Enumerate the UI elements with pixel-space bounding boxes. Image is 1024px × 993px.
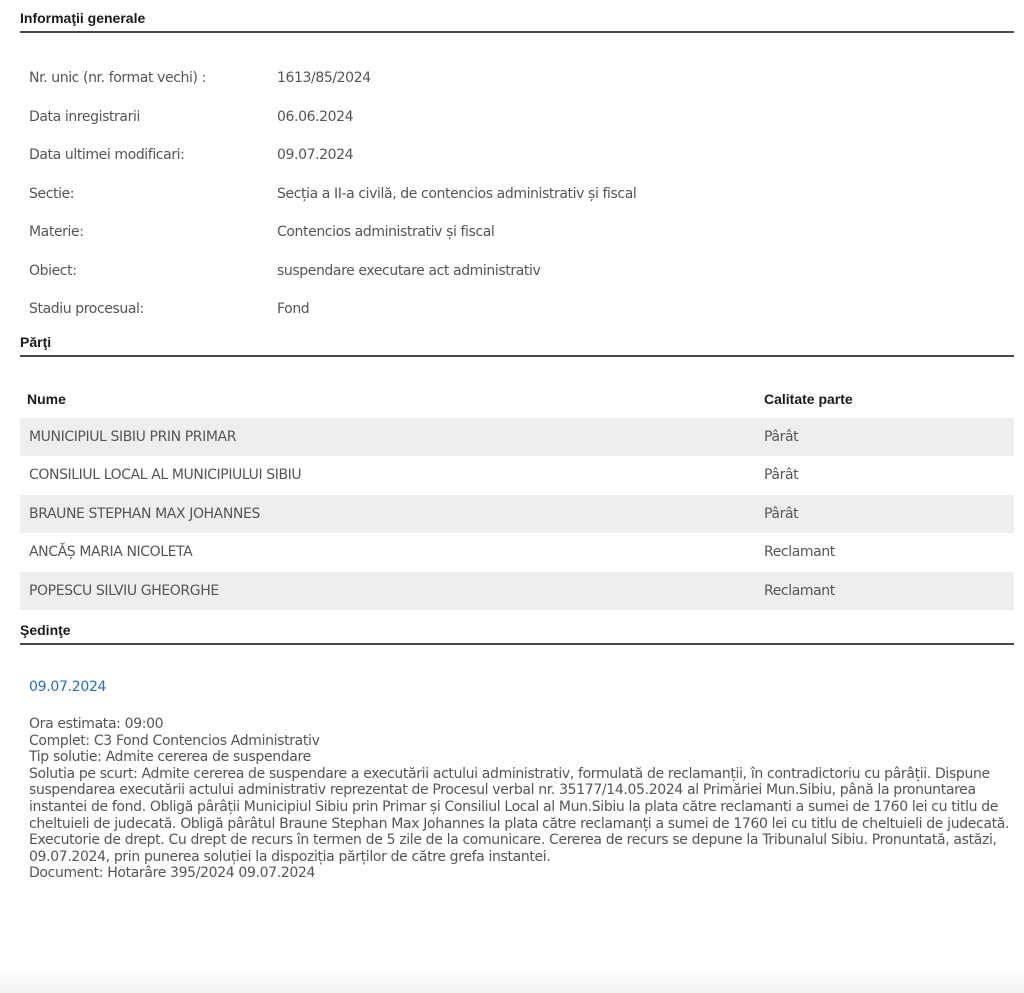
hearings-section: Şedinţe 09.07.2024 Ora estimata: 09:00 C… bbox=[20, 622, 1014, 882]
table-row: MUNICIPIUL SIBIU PRIN PRIMAR Pârât bbox=[20, 418, 1014, 457]
info-row-sectie: Sectie: Secția a II-a civilă, de contenc… bbox=[20, 175, 636, 214]
table-row: POPESCU SILVIU GHEORGHE Reclamant bbox=[20, 572, 1014, 611]
general-info-section: Informaţii generale Nr. unic (nr. format… bbox=[20, 0, 1014, 329]
info-label: Sectie: bbox=[20, 175, 277, 214]
info-row-data-inregistrarii: Data inregistrarii 06.06.2024 bbox=[20, 98, 636, 137]
parties-heading: Părţi bbox=[20, 334, 1014, 357]
party-name: BRAUNE STEPHAN MAX JOHANNES bbox=[20, 495, 756, 534]
party-name: MUNICIPIUL SIBIU PRIN PRIMAR bbox=[20, 418, 756, 457]
party-name: CONSILIUL LOCAL AL MUNICIPIULUI SIBIU bbox=[20, 456, 756, 495]
general-info-table: Nr. unic (nr. format vechi) : 1613/85/20… bbox=[20, 59, 636, 329]
info-label: Obiect: bbox=[20, 252, 277, 291]
parties-table-header: Nume Calitate parte bbox=[20, 380, 1014, 418]
table-row: ANCĂȘ MARIA NICOLETA Reclamant bbox=[20, 533, 1014, 572]
hearing-details: Ora estimata: 09:00 Complet: C3 Fond Con… bbox=[29, 716, 1019, 882]
party-role: Reclamant bbox=[756, 533, 1014, 572]
info-value: Secția a II-a civilă, de contencios admi… bbox=[277, 175, 636, 214]
hearings-heading: Şedinţe bbox=[20, 622, 1014, 645]
info-label: Data ultimei modificari: bbox=[20, 136, 277, 175]
info-label: Data inregistrarii bbox=[20, 98, 277, 137]
hearing-solution-summary: Solutia pe scurt: Admite cererea de susp… bbox=[29, 766, 1019, 866]
info-row-nr-unic: Nr. unic (nr. format vechi) : 1613/85/20… bbox=[20, 59, 636, 98]
info-label: Stadiu procesual: bbox=[20, 290, 277, 329]
info-value: 06.06.2024 bbox=[277, 98, 636, 137]
column-header-name: Nume bbox=[20, 380, 756, 418]
info-row-data-ultimei-modificari: Data ultimei modificari: 09.07.2024 bbox=[20, 136, 636, 175]
hearing-item: 09.07.2024 Ora estimata: 09:00 Complet: … bbox=[20, 679, 1014, 882]
parties-table: Nume Calitate parte MUNICIPIUL SIBIU PRI… bbox=[20, 380, 1014, 611]
info-value: Contencios administrativ și fiscal bbox=[277, 213, 636, 252]
party-name: POPESCU SILVIU GHEORGHE bbox=[20, 572, 756, 611]
hearing-date-link[interactable]: 09.07.2024 bbox=[29, 679, 1014, 695]
info-value: 1613/85/2024 bbox=[277, 59, 636, 98]
info-label: Materie: bbox=[20, 213, 277, 252]
parties-section: Părţi Nume Calitate parte MUNICIPIUL SIB… bbox=[20, 334, 1014, 611]
info-value: 09.07.2024 bbox=[277, 136, 636, 175]
hearing-solution-type: Tip solutie: Admite cererea de suspendar… bbox=[29, 749, 1019, 766]
bottom-fade bbox=[0, 971, 1024, 993]
table-row: CONSILIUL LOCAL AL MUNICIPIULUI SIBIU Pâ… bbox=[20, 456, 1014, 495]
table-row: BRAUNE STEPHAN MAX JOHANNES Pârât bbox=[20, 495, 1014, 534]
general-info-heading: Informaţii generale bbox=[20, 0, 1014, 33]
info-value: suspendare executare act administrativ bbox=[277, 252, 636, 291]
party-role: Reclamant bbox=[756, 572, 1014, 611]
info-label: Nr. unic (nr. format vechi) : bbox=[20, 59, 277, 98]
hearing-time: Ora estimata: 09:00 bbox=[29, 716, 1019, 733]
party-role: Pârât bbox=[756, 456, 1014, 495]
hearing-panel: Complet: C3 Fond Contencios Administrati… bbox=[29, 733, 1019, 750]
info-row-obiect: Obiect: suspendare executare act adminis… bbox=[20, 252, 636, 291]
party-role: Pârât bbox=[756, 418, 1014, 457]
info-value: Fond bbox=[277, 290, 636, 329]
hearing-document: Document: Hotarâre 395/2024 09.07.2024 bbox=[29, 865, 1019, 882]
party-role: Pârât bbox=[756, 495, 1014, 534]
info-row-stadiu-procesual: Stadiu procesual: Fond bbox=[20, 290, 636, 329]
party-name: ANCĂȘ MARIA NICOLETA bbox=[20, 533, 756, 572]
case-details-page: Informaţii generale Nr. unic (nr. format… bbox=[20, 0, 1014, 882]
column-header-calitate: Calitate parte bbox=[756, 380, 1014, 418]
info-row-materie: Materie: Contencios administrativ și fis… bbox=[20, 213, 636, 252]
